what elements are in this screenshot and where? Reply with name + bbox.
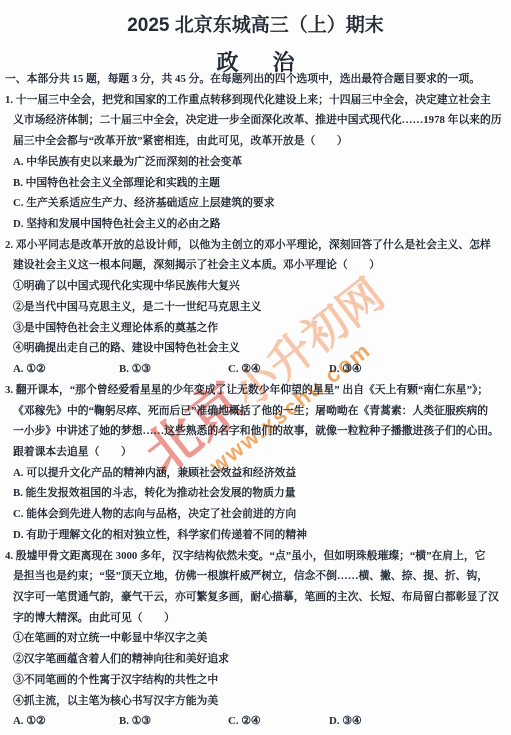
question-text-line: 一小步》中讲述了她的梦想……这些熟悉的名字和他们的故事，就像一粒粒种子播撒进孩子… <box>0 421 511 442</box>
exam-title: 2025 北京东城高三（上）期末 <box>0 10 511 37</box>
answer-options-row: A. ①②B. ①③C. ②④D. ③④ <box>0 359 511 380</box>
answer-option-line: A. 中华民族有史以来最为广泛而深刻的社会变革 <box>0 152 511 173</box>
question-text-line: 跟着课本去追星（ ） <box>0 442 511 463</box>
statement-line: ①明确了以中国式现代化实现中华民族伟大复兴 <box>0 276 511 297</box>
answer-option: A. ①② <box>13 711 46 732</box>
answer-option-line: C. 能体会到先进人物的志向与品格，决定了社会前进的方向 <box>0 504 511 525</box>
answer-option: C. ②④ <box>228 359 261 380</box>
question-text-line: 义市场经济体制；二十届三中全会，决定进一步全面深化改革、推进中国式现代化……19… <box>0 110 511 131</box>
answer-option: D. ③④ <box>329 359 362 380</box>
question-text-line: 字的博大精深。由此可见（ ） <box>0 608 511 629</box>
statement-line: ④抓主流，以主笔为核心书写汉字方能为美 <box>0 691 511 712</box>
answer-option: D. ③④ <box>329 711 362 732</box>
statement-line: ③不同笔画的个性寓于汉字结构的共性之中 <box>0 670 511 691</box>
question-text-line: 建设社会主义这一根本问题，深刻揭示了社会主义本质。邓小平理论（ ） <box>0 255 511 276</box>
statement-line: ④明确提出走自己的路、建设中国特色社会主义 <box>0 338 511 359</box>
answer-option: B. ①③ <box>119 711 151 732</box>
statement-line: ②是当代中国马克思主义，是二十一世纪马克思主义 <box>0 297 511 318</box>
answer-option-line: C. 生产关系适应生产力、经济基础适应上层建筑的要求 <box>0 193 511 214</box>
statement-line: ②汉字笔画蕴含着人们的精神向往和美好追求 <box>0 649 511 670</box>
question-stem-line: 4. 殷墟甲骨文距离现在 3000 多年，汉字结构依然未变。“点”虽小，但如明珠… <box>0 546 511 567</box>
answer-option-line: A. 可以提升文化产品的精神内涵，兼顾社会效益和经济效益 <box>0 463 511 484</box>
question-stem-line: 1. 十一届三中全会，把党和国家的工作重点转移到现代化建设上来；十四届三中全会，… <box>0 90 511 111</box>
answer-options-row: A. ①②B. ①③C. ②④D. ③④ <box>0 711 511 732</box>
exam-page: 北京小升初网 www.xschu.com 2025 北京东城高三（上）期末 政治… <box>0 0 511 735</box>
question-text-line: 汉字可一笔贯通气韵，豪气干云，亦可繁复多画，耐心描摹，笔画的主次、长短、布局留白… <box>0 587 511 608</box>
statement-line: ①在笔画的对立统一中彰显中华汉字之美 <box>0 628 511 649</box>
question-text-line: 是担当也是约束；“竖”顶天立地，仿佛一根旗杆威严树立，信念不倒……横、撇、捺、提… <box>0 566 511 587</box>
answer-option: B. ①③ <box>119 359 151 380</box>
answer-option-line: D. 坚持和发展中国特色社会主义的必由之路 <box>0 214 511 235</box>
answer-option-line: D. 有助于理解文化的相对独立性，科学家们传递着不同的精神 <box>0 525 511 546</box>
question-text-line: 届三中全会都与“改革开放”紧密相连，由此可见，改革开放是（ ） <box>0 131 511 152</box>
question-stem-line: 2. 邓小平同志是改革开放的总设计师，以他为主创立的邓小平理论，深刻回答了什么是… <box>0 235 511 256</box>
question-text-line: 《邓稼先》中的“鞠躬尽瘁、死而后已”准确地概括了他的一生；屠呦呦在《青蒿素：人类… <box>0 401 511 422</box>
statement-line: ③是中国特色社会主义理论体系的奠基之作 <box>0 318 511 339</box>
section-instructions: 一、本部分共 15 题，每题 3 分，共 45 分。在每题列出的四个选项中，选出… <box>0 69 511 90</box>
question-body: 一、本部分共 15 题，每题 3 分，共 45 分。在每题列出的四个选项中，选出… <box>0 69 511 732</box>
answer-option-line: B. 能生发报效祖国的斗志，转化为推动社会发展的物质力量 <box>0 483 511 504</box>
answer-option: C. ②④ <box>228 711 261 732</box>
question-stem-line: 3. 翻开课本，“那个曾经爱看星星的少年变成了让无数少年仰望的星星” 出自《天上… <box>0 380 511 401</box>
answer-option: A. ①② <box>13 359 46 380</box>
answer-option-line: B. 中国特色社会主义全部理论和实践的主题 <box>0 173 511 194</box>
